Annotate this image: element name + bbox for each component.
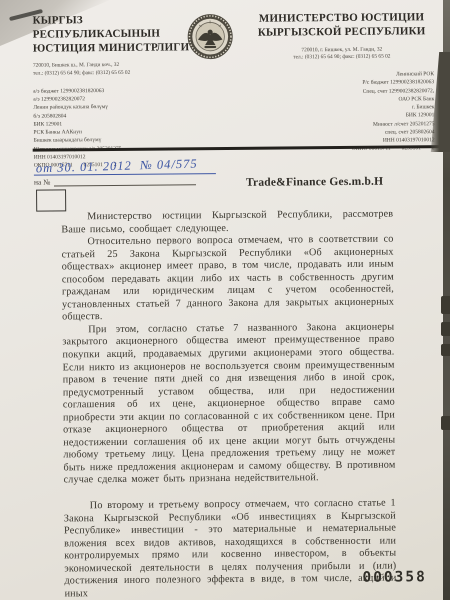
incoming-number-blank [54, 176, 196, 186]
body-paragraph: При этом, согласно статье 7 названного З… [62, 321, 395, 487]
letterhead-russian: МИНИСТЕРСТВО ЮСТИЦИИ КЫРГЫЗСКОЙ РЕСПУБЛИ… [245, 11, 438, 154]
paper-edge-patch [441, 344, 450, 356]
ministry-title-kyrgyz: КЫРГЫЗ РЕСПУБЛИКАСЫНЫН ЮСТИЦИЯ МИНИСТРЛИ… [33, 13, 193, 56]
letter-page: КЫРГЫЗ РЕСПУБЛИКАСЫНЫН ЮСТИЦИЯ МИНИСТРЛИ… [0, 0, 450, 600]
address-russian: 720010, г. Бишкек, ул. М. Ганди, 32 тел.… [246, 46, 438, 63]
body-paragraph: По второму и третьему вопросу отмечаем, … [64, 498, 397, 600]
phone-line: тел.: (0312) 65 64 90; факс: (0312) 65 6… [33, 69, 193, 78]
paper-edge-patch [441, 416, 450, 430]
incoming-number-line: на № [34, 176, 196, 186]
incoming-number-label: на № [34, 178, 50, 187]
ministry-title-russian: МИНИСТЕРСТВО ЮСТИЦИИ КЫРГЫЗСКОЙ РЕСПУБЛИ… [245, 11, 437, 40]
stamp-box-outline [36, 189, 66, 211]
handwritten-date-number: от 30. 01. 2012 № 04/575 [36, 157, 198, 177]
address-kyrgyz: 720010, Бишкек ш., М. Ганди көч., 32 тел… [33, 62, 193, 79]
recipient-name: Trade&Finance Ges.m.b.H [246, 175, 426, 189]
letter-body: Министерство юстиции Кыргызской Республи… [61, 209, 396, 600]
body-paragraph: Министерство юстиции Кыргызской Республи… [61, 209, 393, 237]
body-paragraph: Относительно первого вопроса отмечаем, ч… [61, 234, 394, 325]
bank-details-russian: Ленинский РОК Р/с бюджет 129900238182006… [246, 70, 439, 154]
paper-edge-patch [441, 296, 450, 314]
page-number-stamp: 000358 [362, 569, 427, 586]
outgoing-number-line: от 30. 01. 2012 № 04/575 [34, 153, 216, 176]
kyrgyz-state-emblem-seal-icon [186, 13, 233, 60]
phone-line: тел.: (0312) 65 64 90; факс: (0312) 65 6… [246, 53, 438, 63]
document-photo: КЫРГЫЗ РЕСПУБЛИКАСЫНЫН ЮСТИЦИЯ МИНИСТРЛИ… [0, 0, 450, 600]
paper-edge-patch [441, 322, 450, 336]
